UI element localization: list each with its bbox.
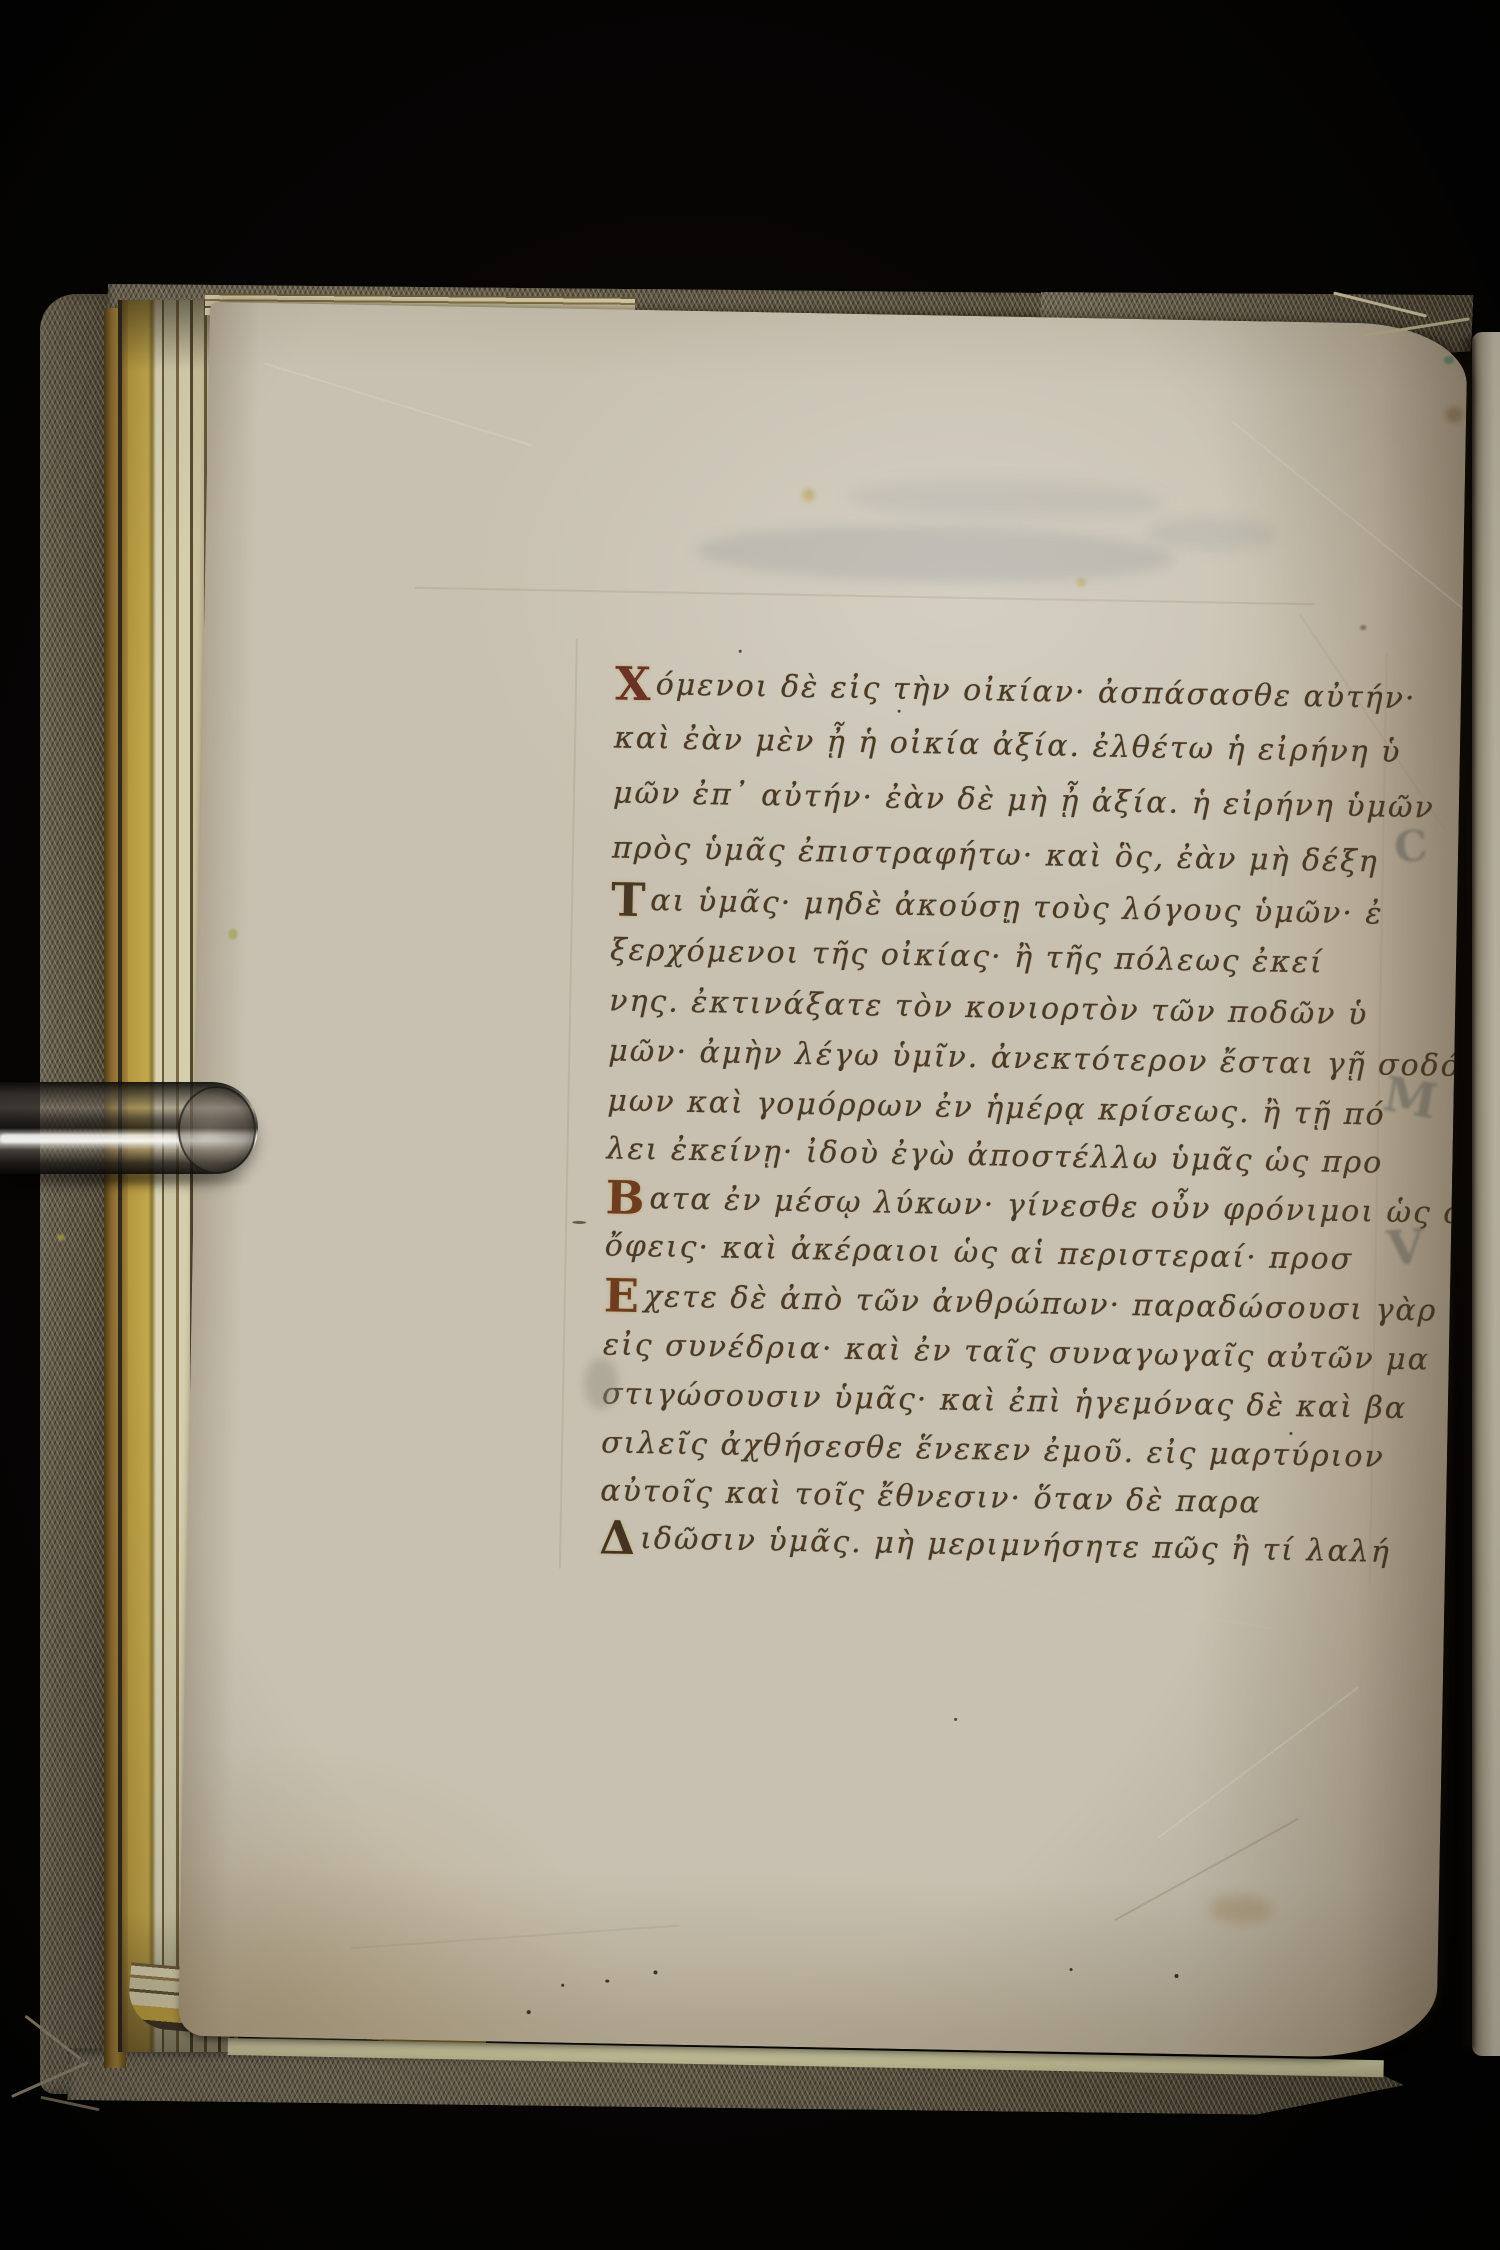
page-stain (1445, 407, 1463, 423)
manuscript-line: λει ἐκείνῃ· ἰδοὺ ἐγὼ ἀποστέλλω ὑμᾶς ὡς π… (606, 1131, 1383, 1180)
showthrough-smudge (695, 522, 1176, 587)
parchment-crease (1158, 1687, 1359, 1839)
manuscript-line-text: ὄφεις· καὶ ἀκέραιοι ὡς αἱ περιστεραί· πρ… (604, 1228, 1353, 1277)
manuscript-line: Εχετε δὲ ἀπὸ τῶν ἀνθρώπων· παραδώσουσι γ… (604, 1278, 1468, 1330)
manuscript-line: ὄφεις· καὶ ἀκέραιοι ὡς αἱ περιστεραί· πρ… (604, 1228, 1353, 1277)
showthrough-smudge (1146, 515, 1277, 551)
manuscript-line: Ται ὑμᾶς· μηδὲ ἀκούσῃ τοὺς λόγους ὑμῶν· … (611, 882, 1384, 931)
page-stain (653, 1970, 657, 1974)
page-stain (1070, 1968, 1073, 1971)
manuscript-line: πρὸς ὑμᾶς ἐπιστραφήτω· καὶ ὃς, ἐὰν μὴ δέ… (612, 830, 1379, 879)
manuscript-line-text: νης. ἐκτινάξατε τὸν κονιορτὸν τῶν ποδῶν … (609, 983, 1369, 1032)
manuscript-line-text: στιγώσουσιν ὑμᾶς· καὶ ἐπὶ ἡγεμόνας δὲ κα… (602, 1376, 1408, 1426)
ruling-line-vertical-left (559, 639, 578, 1569)
margin-offset-letter: M (1379, 1066, 1441, 1130)
manuscript-line-text: χετε δὲ ἀπὸ τῶν ἀνθρώπων· παραδώσουσι γὰ… (644, 1279, 1468, 1330)
manuscript-line-text: αὐτοῖς καὶ τοῖς ἔθνεσιν· ὅταν δὲ παρα (600, 1473, 1262, 1520)
manuscript-line: νης. ἐκτινάξατε τὸν κονιορτὸν τῶν ποδῶν … (609, 983, 1369, 1032)
manuscript-line-text: αι ὑμᾶς· μηδὲ ἀκούσῃ τοὺς λόγους ὑμῶν· ἐ (650, 883, 1384, 931)
manuscript-line: μῶν ἐπ᾽ αὐτήν· ἐὰν δὲ μὴ ᾖ ἀξία. ἡ εἰρήν… (613, 775, 1435, 825)
manuscript-line: σιλεῖς ἀχθήσεσθε ἕνεκεν ἐμοῦ. εἰς μαρτύρ… (601, 1425, 1385, 1474)
glass-rod-highlight (0, 1134, 172, 1143)
glass-rod-page-weight (0, 1082, 258, 1174)
margin-offset-letter: V (1385, 1219, 1426, 1277)
manuscript-line: ξερχόμενοι τῆς οἰκίας· ἢ τῆς πόλεως ἐκεί (610, 932, 1324, 980)
manuscript-line: εἰς συνέδρια· καὶ ἐν ταῖς συναγωγαῖς αὐτ… (603, 1327, 1431, 1377)
rubricated-initial: Ε (603, 1268, 639, 1323)
parchment-crease (350, 1925, 679, 1950)
page-stain (802, 489, 814, 501)
manuscript-line: Βατα ἐν μέσῳ λύκων· γίνεσθε οὖν φρόνιμοι… (605, 1180, 1467, 1231)
page-stain (1208, 1895, 1273, 1924)
rubricated-initial: Τ (611, 872, 646, 927)
rubricated-initial: Δ (599, 1510, 636, 1565)
rubricated-initial: Χ (615, 656, 652, 711)
page-stain (572, 1221, 586, 1224)
parchment-crease (264, 362, 532, 446)
manuscript-line: στιγώσουσιν ὑμᾶς· καὶ ἐπὶ ἡγεμόνας δὲ κα… (602, 1376, 1408, 1426)
page-stain (605, 1980, 609, 1983)
binding-speck (57, 1234, 65, 1241)
parchment-crease (879, 1565, 1274, 1630)
margin-offset-letter: Ϲ (1392, 821, 1430, 873)
manuscript-line: μων καὶ γομόρρων ἐν ἡμέρᾳ κρίσεως. ἢ τῇ … (607, 1083, 1386, 1132)
page-stain (1077, 578, 1086, 587)
manuscript-line-text: εἰς συνέδρια· καὶ ἐν ταῖς συναγωγαῖς αὐτ… (603, 1327, 1431, 1377)
page-stain (898, 710, 901, 713)
page-stain (739, 650, 742, 653)
page-stain (228, 928, 237, 939)
manuscript-line-text: μῶν· ἀμὴν λέγω ὑμῖν. ἀνεκτότερον ἔσται γ… (608, 1033, 1461, 1084)
facing-page-sliver (1472, 332, 1500, 2056)
parchment-page: Χόμενοι δὲ εἰς τὴν οἰκίαν· ἀσπάσασθε αὐτ… (178, 302, 1468, 2059)
ruling-line-horizontal (415, 587, 1315, 605)
page-stain (561, 1984, 564, 1987)
manuscript-line-text: πρὸς ὑμᾶς ἐπιστραφήτω· καὶ ὃς, ἐὰν μὴ δέ… (612, 830, 1379, 879)
parchment-crease (1231, 420, 1468, 623)
manuscript-line-text: ιδῶσιν ὑμᾶς. μὴ μεριμνήσητε πῶς ἢ τί λαλ… (640, 1521, 1391, 1570)
page-stain (954, 1718, 957, 1721)
page-stain (1289, 1432, 1292, 1435)
showthrough-smudge (846, 477, 1167, 523)
manuscript-line: Διδῶσιν ὑμᾶς. μὴ μεριμνήσητε πῶς ἢ τί λα… (599, 1520, 1391, 1569)
manuscript-line: Χόμενοι δὲ εἰς τὴν οἰκίαν· ἀσπάσασθε αὐτ… (615, 666, 1417, 716)
manuscript-line-text: σιλεῖς ἀχθήσεσθε ἕνεκεν ἐμοῦ. εἰς μαρτύρ… (601, 1425, 1385, 1474)
manuscript-line-text: μῶν ἐπ᾽ αὐτήν· ἐὰν δὲ μὴ ᾖ ἀξία. ἡ εἰρήν… (613, 775, 1435, 825)
binding-speck (1444, 356, 1454, 364)
manuscript-line: αὐτοῖς καὶ τοῖς ἔθνεσιν· ὅταν δὲ παρα (600, 1473, 1262, 1520)
manuscript-line-text: καὶ ἐὰν μὲν ᾖ ἡ οἰκία ἀξία. ἐλθέτω ἡ εἰρ… (614, 720, 1402, 769)
manuscript-line-text: όμενοι δὲ εἰς τὴν οἰκίαν· ἀσπάσασθε αὐτή… (655, 667, 1416, 716)
manuscript-line-text: λει ἐκείνῃ· ἰδοὺ ἐγὼ ἀποστέλλω ὑμᾶς ὡς π… (606, 1131, 1383, 1180)
page-stain (1360, 625, 1366, 630)
glass-rod-cap (178, 1086, 256, 1174)
manuscript-line-text: ατα ἐν μέσῳ λύκων· γίνεσθε οὖν φρόνιμοι … (649, 1181, 1468, 1231)
manuscript-line: μῶν· ἀμὴν λέγω ὑμῖν. ἀνεκτότερον ἔσται γ… (608, 1033, 1461, 1084)
manuscript-line: καὶ ἐὰν μὲν ᾖ ἡ οἰκία ἀξία. ἐλθέτω ἡ εἰρ… (614, 720, 1402, 769)
manuscript-line-text: ξερχόμενοι τῆς οἰκίας· ἢ τῆς πόλεως ἐκεί (610, 932, 1324, 980)
page-stain (1007, 920, 1010, 923)
page-stain (527, 2010, 531, 2014)
photo-backdrop: Χόμενοι δὲ εἰς τὴν οἰκίαν· ἀσπάσασθε αὐτ… (0, 0, 1500, 2250)
rubricated-initial: Β (605, 1170, 645, 1225)
manuscript-line-text: μων καὶ γομόρρων ἐν ἡμέρᾳ κρίσεως. ἢ τῇ … (607, 1083, 1386, 1132)
page-stain (1174, 1974, 1178, 1978)
